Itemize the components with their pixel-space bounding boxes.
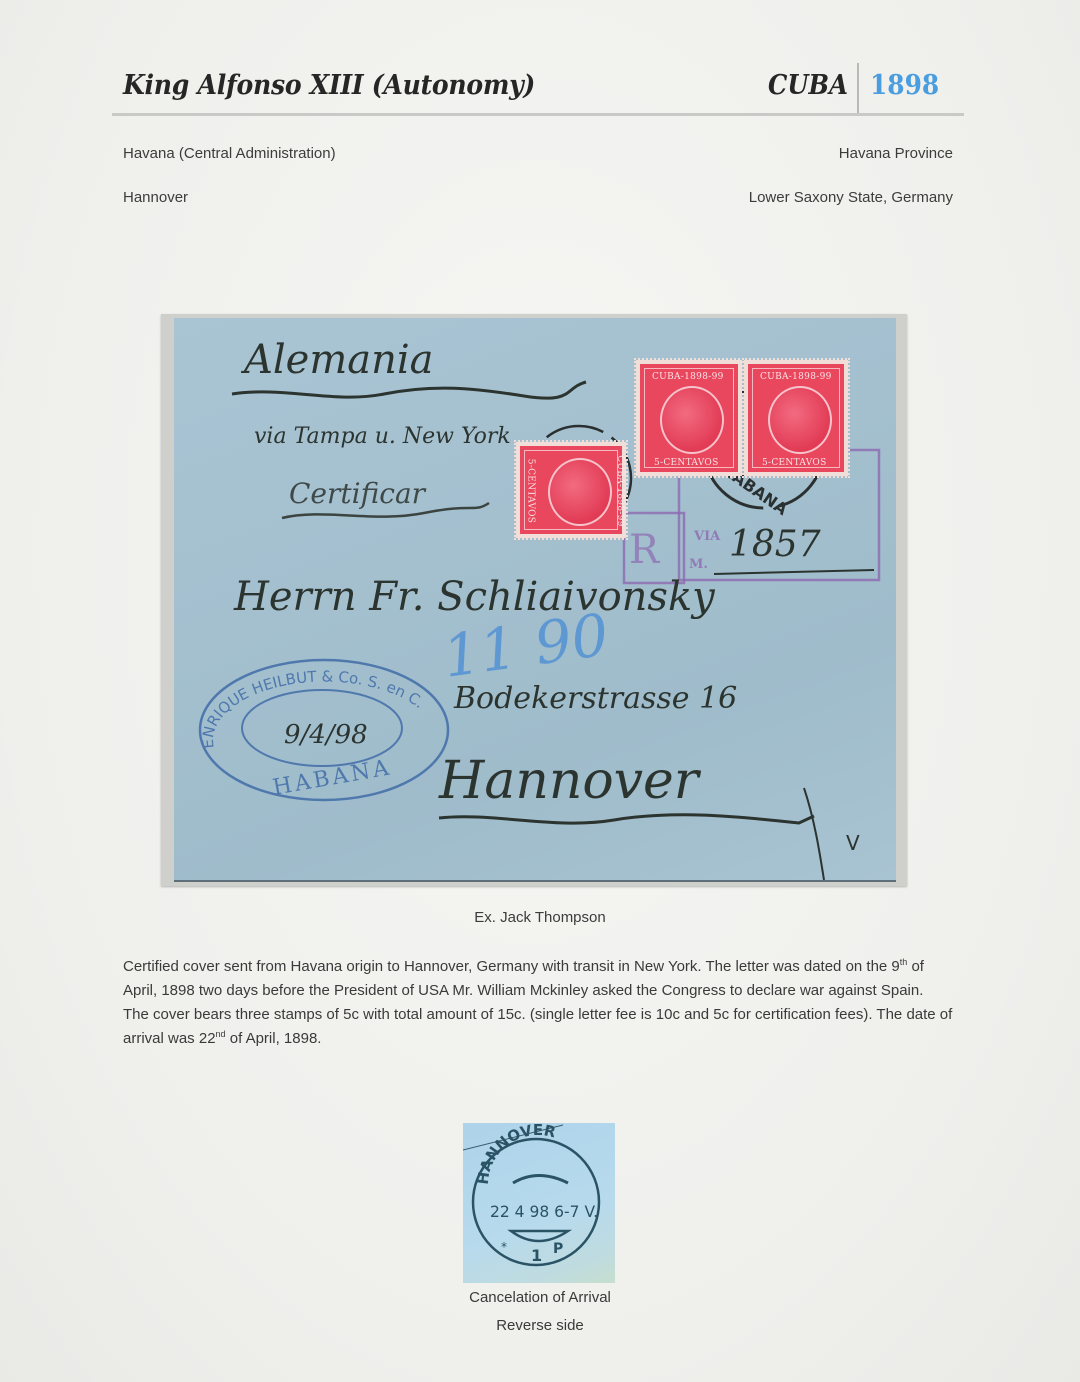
page-title: King Alfonso XIII (Autonomy)	[123, 70, 535, 101]
year-label: 1898	[870, 70, 939, 101]
stamp-1: 5-CENTAVOS CUBA-1898-99	[516, 442, 626, 538]
corner-mark: V	[846, 831, 860, 855]
arrival-caption: Cancelation of Arrival	[0, 1289, 1080, 1306]
registration-via: VIA	[693, 529, 721, 544]
cancel-date: 22 4 98 6-7 V.	[490, 1202, 598, 1221]
header-rule	[112, 113, 964, 116]
manuscript-service: Certificar	[289, 477, 427, 510]
stamp-2: CUBA-1898-99 5-CENTAVOS	[636, 360, 742, 476]
origin-region: Havana Province	[839, 145, 953, 162]
description: Certified cover sent from Havana origin …	[123, 955, 953, 1051]
stamp-3: CUBA-1898-99 5-CENTAVOS	[744, 360, 848, 476]
manuscript-destination: Alemania	[240, 337, 434, 383]
provenance: Ex. Jack Thompson	[0, 909, 1080, 926]
sender-handstamp: ENRIQUE HEILBUT & Co. S. en C. HABANA 9/…	[199, 660, 448, 801]
origin-office: Havana (Central Administration)	[123, 145, 336, 162]
registration-letter: R	[629, 527, 661, 573]
cover-envelope: Alemania via Tampa u. New York Certifica…	[174, 318, 896, 882]
handstamp-date: 9/4/98	[284, 720, 368, 750]
country-label: CUBA	[768, 70, 848, 101]
manuscript-route: via Tampa u. New York	[254, 424, 511, 449]
cancel-suffix: P	[553, 1241, 563, 1257]
addressee-city: Hannover	[438, 751, 702, 811]
arrival-cancel-image: HANNOVER 22 4 98 6-7 V. * 1 P	[463, 1123, 615, 1283]
destination-region: Lower Saxony State, Germany	[749, 189, 953, 206]
destination-office: Hannover	[123, 189, 188, 206]
cancel-office: 1	[531, 1246, 542, 1265]
svg-text:*: *	[501, 1240, 507, 1254]
addressee-name: Herrn Fr. Schliaivonsky	[233, 574, 716, 620]
arrival-caption-sub: Reverse side	[0, 1317, 1080, 1334]
registration-m: M.	[689, 557, 708, 572]
registration-number: 1857	[729, 524, 821, 565]
header-divider	[857, 63, 859, 115]
addressee-street: Bodekerstrasse 16	[453, 681, 737, 716]
